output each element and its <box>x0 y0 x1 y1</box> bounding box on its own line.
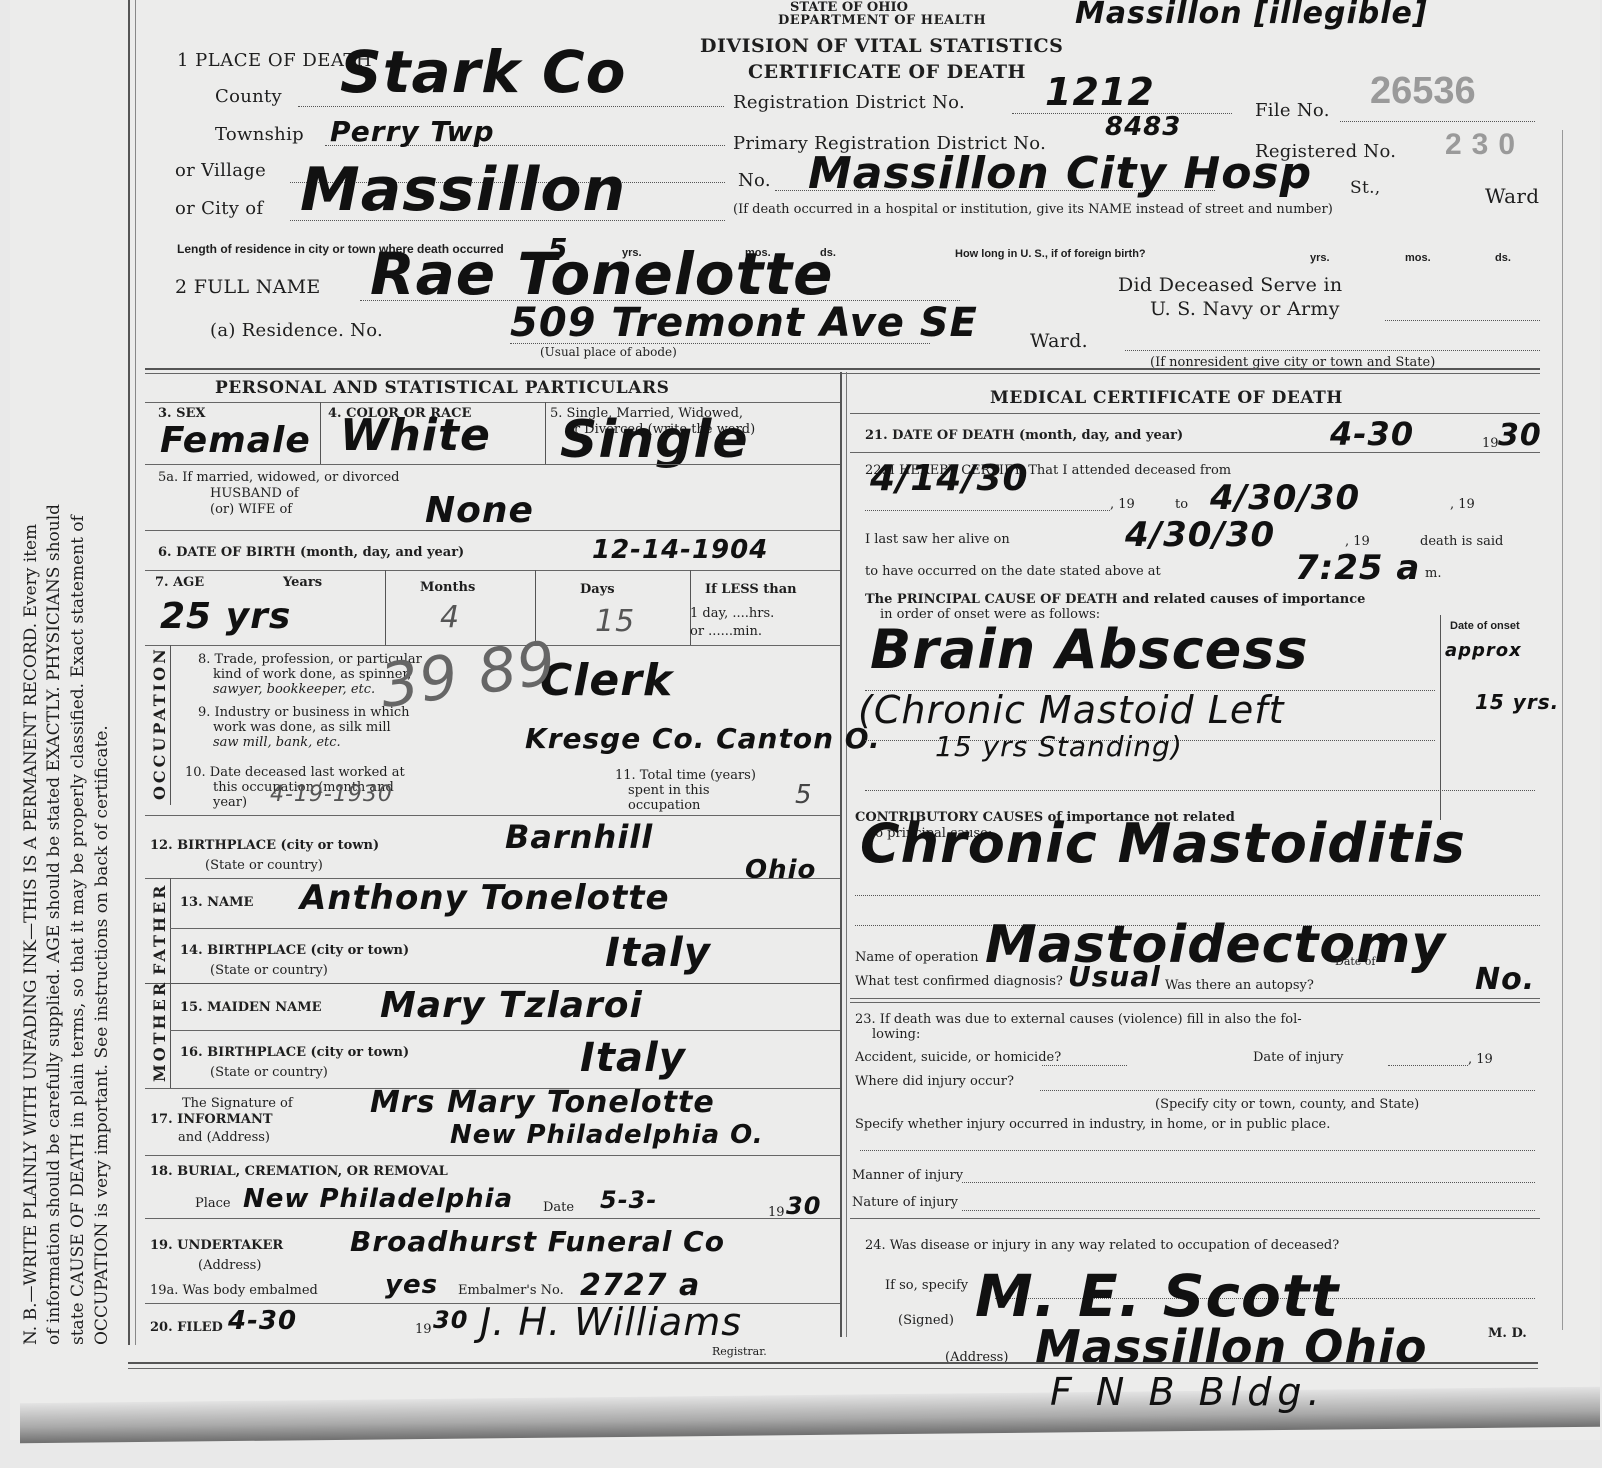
city-label: or City of <box>175 198 263 219</box>
instructions-line-4: OCCUPATION is very important. See instru… <box>91 725 114 1345</box>
injury-date-label: Date of injury <box>1253 1050 1344 1065</box>
external-causes-label-1: 23. If death was due to external causes … <box>855 1012 1302 1027</box>
birthplace-label-1: 12. BIRTHPLACE (city or town) <box>150 838 379 853</box>
mother-side-label: MOTHER <box>150 980 169 1082</box>
file-number-stamp: 26536 <box>1370 70 1476 113</box>
registration-district-label: Registration District No. <box>733 92 965 113</box>
attended-to: 4/30/30 <box>1210 478 1360 518</box>
mother-birthplace-label-1: 16. BIRTHPLACE (city or town) <box>180 1045 409 1060</box>
marital-value: Single <box>560 410 749 470</box>
father-name-value: Anthony Tonelotte <box>300 878 670 918</box>
abode-note: (Usual place of abode) <box>540 345 677 359</box>
md-label: M. D. <box>1488 1326 1527 1341</box>
military-label-2: U. S. Navy or Army <box>1150 298 1340 320</box>
signed-label: (Signed) <box>898 1313 954 1328</box>
time-of-death-value: 7:25 a <box>1295 548 1420 588</box>
informant-label-2: 17. INFORMANT <box>150 1112 273 1127</box>
file-no-label: File No. <box>1255 100 1330 121</box>
birthplace-label-2: (State or country) <box>205 858 323 873</box>
mother-name-value: Mary Tzlaroi <box>380 985 643 1026</box>
less-than-label-3: or ......min. <box>690 624 762 639</box>
dod-year-prefix: 19 <box>1482 436 1499 451</box>
personal-heading: PERSONAL AND STATISTICAL PARTICULARS <box>215 378 669 398</box>
principal-cause-label-1: The PRINCIPAL CAUSE OF DEATH and related… <box>865 592 1365 607</box>
father-birthplace-label-2: (State or country) <box>210 963 328 978</box>
diagnosis-label: What test confirmed diagnosis? <box>855 974 1063 989</box>
attended-from-year-label: , 19 <box>1110 497 1135 512</box>
full-name-label: 2 FULL NAME <box>175 276 321 298</box>
less-than-label-2: 1 day, ....hrs. <box>690 606 774 621</box>
age-days-label: Days <box>580 582 615 597</box>
birthplace-city-value: Barnhill <box>505 818 653 856</box>
medical-heading: MEDICAL CERTIFICATE OF DEATH <box>990 388 1343 408</box>
industry-label-1: 9. Industry or business in which <box>198 705 410 720</box>
total-time-value: 5 <box>795 780 813 810</box>
cause-1-value: Brain Abscess <box>870 618 1309 681</box>
instructions-line-2: of information should be carefully suppl… <box>43 504 66 1345</box>
external-causes-label-2: lowing: <box>872 1027 920 1042</box>
dob-value: 12-14-1904 <box>592 535 768 565</box>
spouse-label-2: HUSBAND of <box>210 486 299 501</box>
foreign-yrs-label: yrs. <box>1310 252 1330 264</box>
birthplace-state-value: Ohio <box>745 855 816 885</box>
dob-label: 6. DATE OF BIRTH (month, day, and year) <box>158 545 464 560</box>
burial-place-label: Place <box>195 1196 231 1211</box>
department-title: DEPARTMENT OF HEALTH <box>778 13 986 28</box>
registrar-signature: J. H. Williams <box>480 1300 742 1344</box>
trade-value: Clerk <box>540 655 673 706</box>
where-injury-label: Where did injury occur? <box>855 1074 1014 1089</box>
undertaker-label: 19. UNDERTAKER <box>150 1238 283 1253</box>
death-said-label: death is said <box>1420 534 1503 549</box>
age-years-value: 25 yrs <box>160 596 291 637</box>
city-value: Massillon <box>300 155 626 225</box>
industry-label-3: saw mill, bank, etc. <box>213 735 341 750</box>
military-label-1: Did Deceased Serve in <box>1118 274 1342 296</box>
last-saw-label: I last saw her alive on <box>865 532 1010 547</box>
burial-date-value: 5-3- <box>600 1186 657 1214</box>
dod-label: 21. DATE OF DEATH (month, day, and year) <box>865 428 1183 443</box>
spouse-label-1: 5a. If married, widowed, or divorced <box>158 470 399 485</box>
filed-year-value: 30 <box>433 1306 468 1334</box>
center-divider <box>840 372 842 1337</box>
last-worked-value: 4-19-1930 <box>270 782 393 807</box>
trade-label-3: sawyer, bookkeeper, etc. <box>213 682 375 697</box>
informant-value: Mrs Mary Tonelotte <box>370 1085 715 1120</box>
foreign-ds-label: ds. <box>1495 252 1511 264</box>
sex-label: 3. SEX <box>158 406 205 421</box>
last-saw-year-label: , 19 <box>1345 534 1370 549</box>
registrar-label: Registrar. <box>712 1345 767 1358</box>
injury-year-label: , 19 <box>1468 1052 1493 1067</box>
registration-district-value: 1212 <box>1045 70 1155 114</box>
diagnosis-value: Usual <box>1068 960 1161 993</box>
frame-left-inner <box>135 0 136 1345</box>
informant-address: New Philadelphia O. <box>450 1120 764 1150</box>
age-years-label: Years <box>283 575 322 590</box>
instructions-line-3: state CAUSE OF DEATH in plain terms, so … <box>67 515 90 1345</box>
attended-to-label: to <box>1175 497 1188 512</box>
m-label: m. <box>1425 566 1441 581</box>
father-name-label: 13. NAME <box>180 895 253 910</box>
filed-label: 20. FILED <box>150 1320 223 1335</box>
embalmed-label: 19a. Was body embalmed <box>150 1283 318 1298</box>
onset-header: Date of onset <box>1450 620 1520 632</box>
embalmer-value: 2727 a <box>580 1268 700 1303</box>
industry-value: Kresge Co. Canton O. <box>525 722 881 755</box>
physician-address-value: Massillon Ohio <box>1035 1320 1427 1374</box>
contributory-value: Chronic Mastoiditis <box>860 812 1466 875</box>
manner-of-injury-label: Manner of injury <box>852 1168 963 1183</box>
cause-2-value: (Chronic Mastoid Left <box>858 688 1285 732</box>
filed-value: 4-30 <box>228 1306 297 1336</box>
autopsy-value: No. <box>1475 962 1535 997</box>
if-so-specify-label: If so, specify <box>885 1278 968 1293</box>
cause-2-onset: 15 yrs. <box>1475 690 1559 714</box>
burial-label: 18. BURIAL, CREMATION, OR REMOVAL <box>150 1164 448 1179</box>
foreign-mos-label: mos. <box>1405 252 1431 264</box>
occupation-side-label: OCCUPATION <box>150 646 169 800</box>
father-birthplace-value: Italy <box>605 930 711 976</box>
specify-industry-note: Specify whether injury occurred in indus… <box>855 1117 1330 1132</box>
frame-right <box>1562 130 1563 1330</box>
race-value: White <box>340 410 491 461</box>
cause-1-onset: approx <box>1445 640 1522 661</box>
undertaker-value: Broadhurst Funeral Co <box>350 1225 725 1258</box>
spouse-value: None <box>425 490 534 531</box>
burial-year-value: 30 <box>786 1192 821 1220</box>
hospital-no-label: No. <box>738 170 771 191</box>
attended-from: 4/14/30 <box>870 458 1029 499</box>
registered-no-value: 230 <box>1445 128 1525 162</box>
cause-2b-value: 15 yrs Standing) <box>935 730 1183 763</box>
operation-date-label: Date of <box>1335 955 1376 968</box>
header-annotation: Massillon [illegible] <box>1075 0 1428 31</box>
informant-label-1: The Signature of <box>182 1096 293 1111</box>
dod-value: 4-30 <box>1330 415 1414 453</box>
less-than-label-1: If LESS than <box>705 582 797 597</box>
residence-value: 509 Tremont Ave SE <box>510 300 978 346</box>
industry-label-2: work was done, as silk mill <box>213 720 391 735</box>
father-birthplace-label-1: 14. BIRTHPLACE (city or town) <box>180 943 409 958</box>
total-time-label-2: spent in this <box>628 783 710 798</box>
burial-date-label: Date <box>543 1200 574 1215</box>
county-value: Stark Co <box>340 38 626 106</box>
dod-year-value: 30 <box>1498 418 1542 453</box>
occurred-label: to have occurred on the date stated abov… <box>865 564 1161 579</box>
sex-value: Female <box>160 420 311 461</box>
attended-to-year-label: , 19 <box>1450 497 1475 512</box>
certificate-title: CERTIFICATE OF DEATH <box>748 61 1026 83</box>
age-label: 7. AGE <box>155 575 204 590</box>
last-worked-label-3: year) <box>213 795 247 810</box>
county-label: County <box>215 86 282 107</box>
village-label: or Village <box>175 160 266 181</box>
accident-label: Accident, suicide, or homicide? <box>855 1050 1061 1065</box>
embalmed-value: yes <box>385 1270 438 1300</box>
spouse-label-3: (or) WIFE of <box>210 502 292 517</box>
hospital-note: (If death occurred in a hospital or inst… <box>733 202 1333 217</box>
nature-of-injury-label: Nature of injury <box>852 1195 958 1210</box>
full-name-value: Rae Tonelotte <box>370 240 833 308</box>
frame-left <box>128 0 130 1345</box>
total-time-label-1: 11. Total time (years) <box>615 768 756 783</box>
hospital-ward-label: Ward <box>1485 184 1539 208</box>
division-title: DIVISION OF VITAL STATISTICS <box>700 35 1063 57</box>
mother-birthplace-value: Italy <box>580 1035 686 1081</box>
residence-ward-label: Ward. <box>1030 330 1088 352</box>
age-months-value: 4 <box>440 600 460 635</box>
physician-address-value-2: F N B Bldg. <box>1050 1370 1326 1414</box>
undertaker-address-label: (Address) <box>198 1258 261 1273</box>
total-time-label-3: occupation <box>628 798 700 813</box>
burial-place-value: New Philadelphia <box>243 1184 513 1214</box>
age-months-label: Months <box>420 580 475 595</box>
residence-label: (a) Residence. No. <box>210 320 383 341</box>
township-value: Perry Twp <box>330 115 495 148</box>
age-days-value: 15 <box>595 604 635 639</box>
last-saw-value: 4/30/30 <box>1125 515 1275 555</box>
hospital-no-value: Massillon City Hosp <box>808 148 1312 199</box>
foreign-birth-label: How long in U. S., if of foreign birth? <box>955 248 1146 260</box>
autopsy-label: Was there an autopsy? <box>1165 978 1314 993</box>
filed-year-prefix: 19 <box>415 1322 432 1337</box>
primary-registration-value: 8483 <box>1105 112 1181 142</box>
mother-name-label: 15. MAIDEN NAME <box>180 1000 322 1015</box>
street-label: St., <box>1350 178 1381 198</box>
township-label: Township <box>215 124 304 145</box>
instructions-line-1: N. B.—WRITE PLAINLY WITH UNFADING INK—TH… <box>20 524 43 1345</box>
occupational-label: 24. Was disease or injury in any way rel… <box>865 1238 1339 1253</box>
specify-place-note: (Specify city or town, county, and State… <box>1155 1097 1419 1112</box>
last-worked-label-1: 10. Date deceased last worked at <box>185 765 405 780</box>
mother-birthplace-label-2: (State or country) <box>210 1065 328 1080</box>
informant-label-3: and (Address) <box>178 1130 270 1145</box>
operation-label: Name of operation <box>855 950 978 965</box>
father-side-label: FATHER <box>150 883 169 975</box>
operation-value: Mastoidectomy <box>985 915 1446 975</box>
embalmer-label: Embalmer's No. <box>458 1283 564 1298</box>
